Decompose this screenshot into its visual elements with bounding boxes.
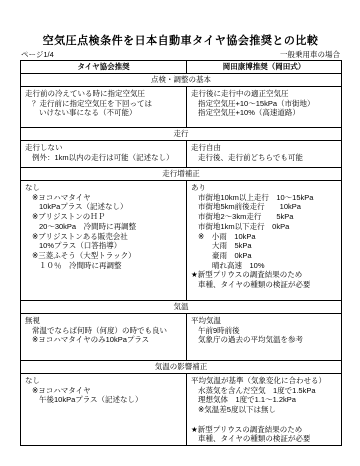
page-number-label: ページ1/4	[21, 50, 54, 59]
section-header-temperature-correction: 気温の影響補正	[21, 361, 342, 374]
cell-driving-increase-right: あり市街地10km以上走行 10～15kPa市街地5km前後走行 10kPa市街…	[187, 181, 342, 301]
section-header-row-temperature-correction: 気温の影響補正	[21, 361, 342, 374]
text-line: 市街地5km前後走行 10kPa	[190, 202, 338, 212]
text-line: 水蒸気を含んだ空気 1度で1.5kPa	[190, 386, 338, 396]
cell-temperature-right: 平均気温午前9時前後気象庁の過去の平均気温を参考	[187, 314, 342, 361]
text-line: 平均気温	[190, 316, 338, 326]
section-header-driving-increase-correction: 走行増補正	[21, 168, 342, 181]
text-line: 走行しない	[24, 143, 183, 153]
text-line: 大雨 5kPa	[190, 241, 338, 251]
text-line: 指定空気圧+10～15kPa（市街地）	[190, 99, 338, 109]
comparison-table: タイヤ協会推奨 岡田康博推奨（岡田式） 点検・調整の基本 走行前の冷えている時に…	[20, 60, 342, 446]
text-line: 気象庁の過去の平均気温を参考	[190, 335, 338, 345]
text-line: 市街地1km以下走行 0kPa	[190, 222, 338, 232]
cell-driving-left: 走行しない例外：1km以内の走行は可能（記述なし）	[21, 141, 187, 168]
section-header-row-temperature: 気温	[21, 301, 342, 314]
text-line: 理想気体 1度で1.1～1.2kPa	[190, 395, 338, 405]
document-title: 空気圧点検条件を日本自動車タイヤ協会推奨との比較	[20, 34, 341, 48]
text-line: ★新型プリウスの調査結果のため	[190, 270, 338, 280]
section-header-row-basics: 点検・調整の基本	[21, 74, 342, 87]
section-content-row-basics: 走行前の冷えている時に指定空気圧？走行前に指定空気圧を下回ってはいけない事になる…	[21, 87, 342, 128]
text-line: 市街地2～3km走行 5kPa	[190, 212, 338, 222]
text-line: 晴れ高速 10%	[190, 261, 338, 271]
text-line: ？走行前に指定空気圧を下回っては	[24, 99, 183, 109]
text-line: 市街地10km以上走行 10～15kPa	[190, 193, 338, 203]
text-line: 20～30kPa 冷間時に再調整	[24, 222, 183, 232]
cell-temperature-left: 無視常温でならば何時（何度）の時でも良い※ヨコハマタイヤのみ10kPaプラス	[21, 314, 187, 361]
section-header-row-driving-increase-correction: 走行増補正	[21, 168, 342, 181]
text-line	[190, 415, 338, 425]
section-content-row-driving-increase-correction: なし※ヨコハマタイヤ10kPaプラス（記述なし）※ブリジストンのＨＰ20～30k…	[21, 181, 342, 301]
section-content-row-temperature: 無視常温でならば何時（何度）の時でも良い※ヨコハマタイヤのみ10kPaプラス 平…	[21, 314, 342, 361]
text-line: ※ヨコハマタイヤのみ10kPaプラス	[24, 335, 183, 345]
text-line: 10%プラス（口答指導）	[24, 241, 183, 251]
text-line: ※ヨコハマタイヤ	[24, 386, 183, 396]
text-line: あり	[190, 183, 338, 193]
text-line: 指定空気圧+10%（高速道路）	[190, 108, 338, 118]
cell-basics-left: 走行前の冷えている時に指定空気圧？走行前に指定空気圧を下回ってはいけない事になる…	[21, 87, 187, 128]
cell-temperature-correction-right: 平均気温が基準（気象変化に合わせる）水蒸気を含んだ空気 1度で1.5kPa理想気…	[187, 374, 342, 446]
text-line: 走行自由	[190, 143, 338, 153]
column-header-row: タイヤ協会推奨 岡田康博推奨（岡田式）	[21, 61, 342, 74]
text-line: ※気温差5度以下は無し	[190, 405, 338, 415]
section-header-basics: 点検・調整の基本	[21, 74, 342, 87]
text-line: いけない事になる（不可能）	[24, 108, 183, 118]
document-page: 空気圧点検条件を日本自動車タイヤ協会推奨との比較 ページ1/4 一般乗用車の場合…	[0, 0, 360, 446]
text-line: 走行前の冷えている時に指定空気圧	[24, 89, 183, 99]
text-line: 平均気温が基準（気象変化に合わせる）	[190, 376, 338, 386]
text-line: なし	[24, 183, 183, 193]
text-line: ※ヨコハマタイヤ	[24, 193, 183, 203]
meta-row: ページ1/4 一般乗用車の場合	[20, 50, 341, 59]
text-line: 無視	[24, 316, 183, 326]
text-line: ※ブリジストンある販売会社	[24, 232, 183, 242]
text-line: 走行後に走行中の適正空気圧	[190, 89, 338, 99]
cell-driving-increase-left: なし※ヨコハマタイヤ10kPaプラス（記述なし）※ブリジストンのＨＰ20～30k…	[21, 181, 187, 301]
section-header-driving: 走行	[21, 128, 342, 141]
text-line: ★新型プリウスの調査結果のため	[190, 425, 338, 435]
cell-basics-right: 走行後に走行中の適正空気圧指定空気圧+10～15kPa（市街地）指定空気圧+10…	[187, 87, 342, 128]
text-line: 例外：1km以内の走行は可能（記述なし）	[24, 153, 183, 163]
text-line: なし	[24, 376, 183, 386]
cell-driving-right: 走行自由走行後、走行前どちらでも可能	[187, 141, 342, 168]
section-header-row-driving: 走行	[21, 128, 342, 141]
text-line: １０％ 冷間時に再調整	[24, 261, 183, 271]
text-line: 車種、タイヤの種類の検証が必要	[190, 280, 338, 290]
section-content-row-driving: 走行しない例外：1km以内の走行は可能（記述なし） 走行自由走行後、走行前どちら…	[21, 141, 342, 168]
text-line: 常温でならば何時（何度）の時でも良い	[24, 326, 183, 336]
column-header-association: タイヤ協会推奨	[21, 61, 187, 74]
cell-temperature-correction-left: なし※ヨコハマタイヤ午後10kPaプラス（記述なし）	[21, 374, 187, 446]
text-line: ※三菱ふそう（大型トラック）	[24, 251, 183, 261]
column-header-okada: 岡田康博推奨（岡田式）	[187, 61, 342, 74]
section-header-temperature: 気温	[21, 301, 342, 314]
text-line: 10kPaプラス（記述なし）	[24, 202, 183, 212]
text-line: ※ブリジストンのＨＰ	[24, 212, 183, 222]
text-line: ※ 小雨 10kPa	[190, 232, 338, 242]
vehicle-type-note: 一般乗用車の場合	[280, 50, 340, 59]
text-line: 午後10kPaプラス（記述なし）	[24, 395, 183, 405]
text-line: 走行後、走行前どちらでも可能	[190, 153, 338, 163]
text-line: 車種、タイヤの種類の検証が必要	[190, 434, 338, 444]
section-content-row-temperature-correction: なし※ヨコハマタイヤ午後10kPaプラス（記述なし） 平均気温が基準（気象変化に…	[21, 374, 342, 446]
text-line: 豪雨 0kPa	[190, 251, 338, 261]
text-line: 午前9時前後	[190, 326, 338, 336]
